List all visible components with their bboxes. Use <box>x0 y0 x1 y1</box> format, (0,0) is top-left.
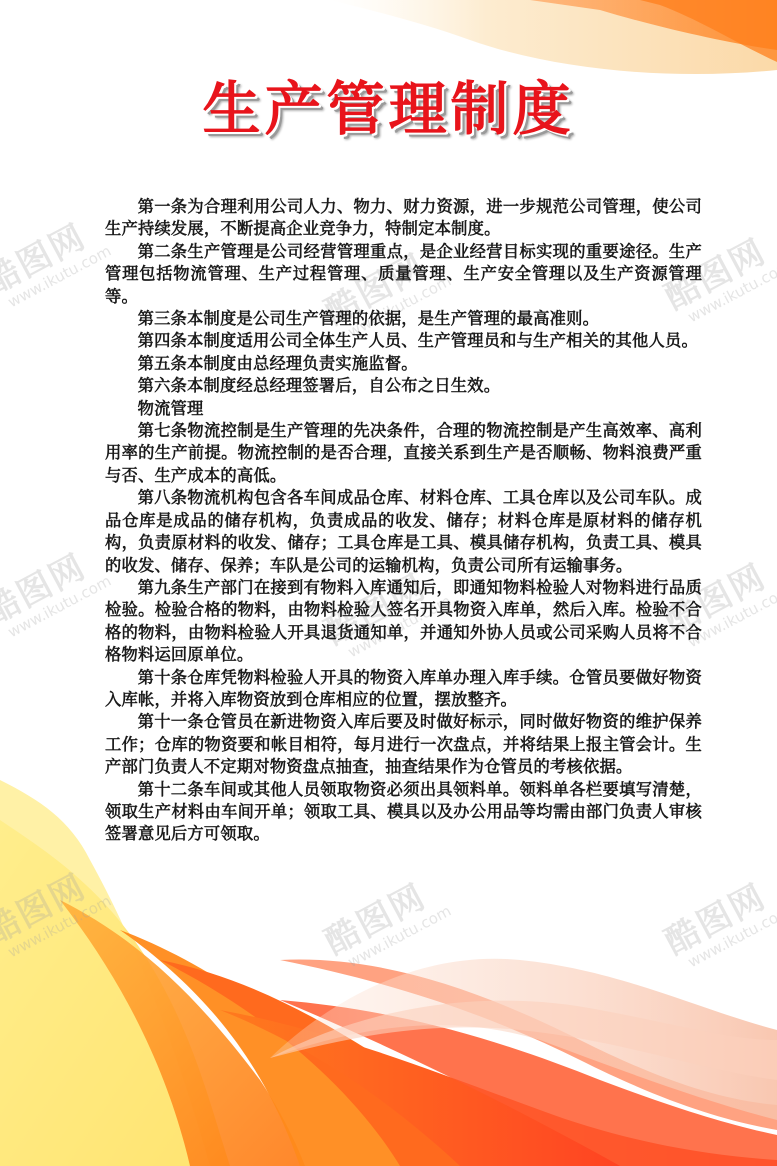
article-3: 第三条本制度是公司生产管理的依据，是生产管理的最高准则。 <box>105 308 702 330</box>
article-7: 第七条物流控制是生产管理的先决条件，合理的物流控制是产生高效率、高利用率的生产前… <box>105 420 702 487</box>
article-2: 第二条生产管理是公司经营管理重点，是企业经营目标实现的重要途径。生产管理包括物流… <box>105 241 702 308</box>
poster-title: 生产管理制度 <box>0 74 777 144</box>
article-9: 第九条生产部门在接到有物料入库通知后，即通知物料检验人对物料进行品质检验。检验合… <box>105 577 702 667</box>
article-12: 第十二条车间或其他人员领取物资必须出具领料单。领料单各栏要填写清楚，领取生产材料… <box>105 779 702 846</box>
section-heading-logistics: 物流管理 <box>105 398 702 420</box>
article-4: 第四条本制度适用公司全体生产人员、生产管理员和与生产相关的其他人员。 <box>105 330 702 352</box>
article-6: 第六条本制度经总经理签署后，自公布之日生效。 <box>105 375 702 397</box>
article-11: 第十一条仓管员在新进物资入库后要及时做好标示，同时做好物资的维护保养工作；仓库的… <box>105 711 702 778</box>
regulation-body: 第一条为合理利用公司人力、物力、财力资源，进一步规范公司管理，使公司生产持续发展… <box>105 196 702 846</box>
article-1: 第一条为合理利用公司人力、物力、财力资源，进一步规范公司管理，使公司生产持续发展… <box>105 196 702 241</box>
article-8: 第八条物流机构包含各车间成品仓库、材料仓库、工具仓库以及公司车队。成品仓库是成品… <box>105 487 702 577</box>
article-5: 第五条本制度由总经理负责实施监督。 <box>105 353 702 375</box>
article-10: 第十条仓库凭物料检验人开具的物资入库单办理入库手续。仓管员要做好物资入库帐，并将… <box>105 667 702 712</box>
